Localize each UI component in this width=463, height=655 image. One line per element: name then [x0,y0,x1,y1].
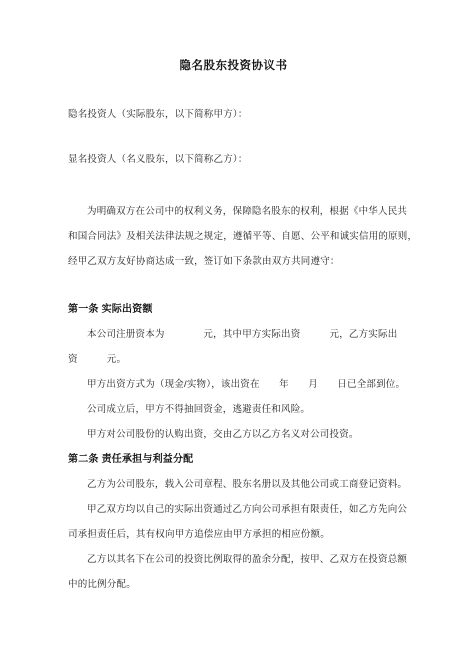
party-a-line: 隐名投资人（实际股东，以下简称甲方）： [68,102,399,127]
contract-document-page: 隐名股东投资协议书 隐名投资人（实际股东，以下简称甲方）： 显名投资人（名义股东… [0,0,463,655]
section-2-paragraph-3-line-2: 中的比例分配。 [68,572,399,597]
section-2-body: 乙方为公司股东，载入公司章程、股东名册以及其他公司或工商登记资料。 甲乙双方均以… [68,472,399,597]
section-1-paragraph-3-line-1: 公司成立后，甲方不得抽回资金，逃避责任和风险。 [68,397,399,422]
section-1-paragraph-2-line-1: 甲方出资方式为（现金/实物），该出资在 年 月 日已全部到位。 [68,372,399,397]
section-1-paragraph-4-line-1: 甲方对公司股份的认购出资，交由乙方以乙方名义对公司投资。 [68,422,399,447]
section-1-paragraph-1-line-1: 本公司注册资本为 元，其中甲方实际出资 元，乙方实际出 [68,322,399,347]
preamble-line-2: 和国合同法》及相关法律法规之规定，遵循平等、自愿、公平和诚实信用的原则， [68,224,399,249]
preamble-paragraph: 为明确双方在公司中的权利义务，保障隐名股东的权利，根据《中华人民共 和国合同法》… [68,199,399,274]
section-2-paragraph-2-line-2: 司承担责任后，其有权向甲方追偿应由甲方承担的相应份额。 [68,522,399,547]
section-2-paragraph-1-line-1: 乙方为公司股东，载入公司章程、股东名册以及其他公司或工商登记资料。 [68,472,399,497]
section-1-body: 本公司注册资本为 元，其中甲方实际出资 元，乙方实际出 资 元。 甲方出资方式为… [68,322,399,447]
party-b-line: 显名投资人（名义股东，以下简称乙方）： [68,147,399,172]
section-1-paragraph-1-line-2: 资 元。 [68,347,399,372]
preamble-line-1: 为明确双方在公司中的权利义务，保障隐名股东的权利，根据《中华人民共 [68,199,399,224]
section-2-heading: 第二条 责任承担与利益分配 [68,447,399,472]
preamble-line-3: 经甲乙双方友好协商达成一致，签订如下条款由双方共同遵守： [68,249,399,274]
section-1-heading: 第一条 实际出资额 [68,297,399,322]
section-2-paragraph-3-line-1: 乙方以其名下在公司的投资比例取得的盈余分配，按甲、乙双方在投资总额 [68,547,399,572]
section-2-paragraph-2-line-1: 甲乙双方均以自己的实际出资通过乙方向公司承担有限责任，如乙方先向公 [68,497,399,522]
document-title: 隐名股东投资协议书 [68,54,399,79]
